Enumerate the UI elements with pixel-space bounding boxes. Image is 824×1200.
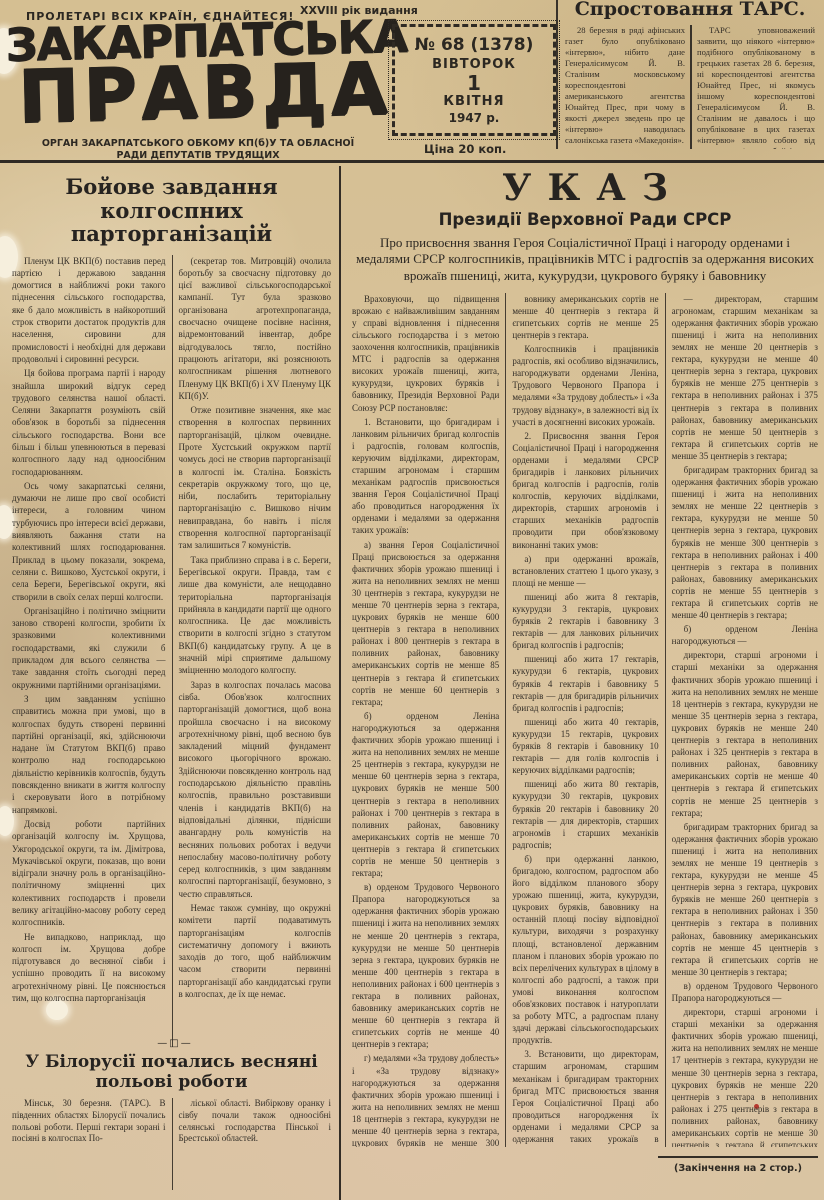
article-editorial-title: Бойове завдання колгоспних парторганізац… <box>6 168 337 255</box>
article-belarus-body: Мінськ, 30 березня. (ТАРС). В південних … <box>6 1098 337 1190</box>
article-tars-title: Спростовання ТАРС. <box>560 0 820 20</box>
paragraph: бригадирам тракторних бригад за одержанн… <box>672 821 818 978</box>
paragraph: а) при одержанні врожаїв, встановлених с… <box>512 553 658 589</box>
paragraph: Ця бойова програма партії і народу знайш… <box>12 367 166 478</box>
paragraph: Колгоспників і працівників радгоспів, як… <box>512 343 658 428</box>
paragraph: (секретар тов. Митровцій) очолила бороть… <box>179 255 332 403</box>
paragraph: пшениці або жита 8 гектарів, кукурудзи 3… <box>512 591 658 651</box>
paragraph: пшениці або жита 17 гектарів, кукурудзи … <box>512 653 658 713</box>
paragraph: б) орденом Леніна нагороджуються за одер… <box>352 710 499 879</box>
paragraph: бригадирам тракторних бригад за одержанн… <box>672 464 818 621</box>
issue-weekday: ВІВТОРОК <box>432 57 516 72</box>
article-ukaz-issuer: Президії Верховної Ради СРСР <box>346 210 824 229</box>
paragraph: Не випадково, наприклад, що колгосп ім. … <box>12 931 166 1005</box>
article-ukaz-col1: Враховуючи, що підвищення врожаю є найва… <box>346 293 505 1147</box>
article-editorial-body: Пленум ЦК ВКП(б) поставив перед партією … <box>6 255 337 1047</box>
continuation-note: (Закінчення на 2 стор.) <box>658 1156 818 1174</box>
paragraph: ТАРС уповноважений заявити, що ніякого «… <box>697 25 815 149</box>
paragraph: — директорам, старшим агрономам, старшим… <box>672 293 818 462</box>
paragraph: в) орденом Трудового Червоного Прапора н… <box>672 980 818 1004</box>
paragraph: 28 березня в ряді афінських газет було о… <box>565 25 685 146</box>
paragraph: г) медалями «За трудову доблесть» і «За … <box>352 1052 499 1146</box>
article-editorial: Бойове завдання колгоспних парторганізац… <box>6 168 337 1047</box>
article-editorial-col1: Пленум ЦК ВКП(б) поставив перед партією … <box>6 255 172 1047</box>
edition-year: XXVIII рік видання <box>300 4 418 17</box>
issue-year: 1947 р. <box>449 111 500 125</box>
paragraph: Зараз в колгоспах почалась масова сівба.… <box>179 679 332 900</box>
newspaper-page: ПРОЛЕТАРІ ВСІХ КРАЇН, ЄДНАЙТЕСЯ! ЗАКАРПА… <box>0 0 824 1200</box>
paragraph: Немає також сумніву, що окружні комітети… <box>179 902 332 1000</box>
article-tars-col2: ТАРС уповноважений заявити, що ніякого «… <box>690 25 820 149</box>
article-tars-col1: 28 березня в ряді афінських газет було о… <box>560 25 690 149</box>
paragraph: Мінськ, 30 березня. (ТАРС). В південних … <box>12 1098 166 1145</box>
paragraph: в) орденом Трудового Червоного Прапора н… <box>352 881 499 1050</box>
article-ukaz-body: Враховуючи, що підвищення врожаю є найва… <box>346 293 824 1147</box>
column-separator-rule <box>339 166 341 1200</box>
paragraph: Така приблизно справа і в с. Береги, Бер… <box>179 554 332 677</box>
article-tars-refutation: Спростовання ТАРС. 28 березня в ряді афі… <box>556 0 820 149</box>
paragraph: ліської області. Вибіркову оранку і сівб… <box>179 1098 332 1145</box>
article-ukaz-col2: вовнику американських сортів не менше 40… <box>505 293 664 1147</box>
paragraph: 2. Присвоєння звання Героя Соціалістично… <box>512 430 658 551</box>
paragraph: директори, старші агрономи і старші меха… <box>672 1006 818 1147</box>
paragraph: 3. Встановити, що директорам, старшим аг… <box>512 1048 658 1146</box>
article-belarus-col1: Мінськ, 30 березня. (ТАРС). В південних … <box>6 1098 172 1190</box>
masthead-organ-line: ОРГАН ЗАКАРПАТСЬКОГО ОБКОМУ КП(б)У ТА ОБ… <box>30 138 366 162</box>
issue-number: № 68 (1378) <box>415 35 534 55</box>
paragraph: Ось чому закарпатські селяни, думаючи не… <box>12 480 166 603</box>
paragraph: пшениці або жита 40 гектарів, кукурудзи … <box>512 716 658 776</box>
article-belarus-title: У Білорусії почались весняні польові роб… <box>6 1050 337 1098</box>
paragraph: 1. Встановити, що бригадирам і ланковим … <box>352 416 499 537</box>
paragraph: Організаційно і політично зміцнити занов… <box>12 605 166 691</box>
section-divider: —□— <box>140 1038 210 1049</box>
issue-month: КВІТНЯ <box>443 94 504 109</box>
issue-day: 1 <box>467 74 481 92</box>
masthead-title-line2: ПРАВДА <box>6 55 403 130</box>
paragraph: Отже позитивне значення, яке має створен… <box>179 404 332 552</box>
masthead-rule <box>0 160 824 163</box>
article-ukaz-col3: — директорам, старшим агрономам, старшим… <box>665 293 824 1147</box>
article-ukaz-title: УКАЗ <box>346 170 824 208</box>
issue-date-box: № 68 (1378) ВІВТОРОК 1 КВІТНЯ 1947 р. <box>392 24 556 136</box>
paragraph: Враховуючи, що підвищення врожаю є найва… <box>352 293 499 414</box>
paragraph: пшениці або жита 80 гектарів, кукурудзи … <box>512 778 658 851</box>
article-editorial-col2: (секретар тов. Митровцій) очолила бороть… <box>172 255 338 1047</box>
paragraph: б) орденом Леніна нагороджуються — <box>672 623 818 647</box>
paragraph: З цим завданням успішно справитись можна… <box>12 693 166 816</box>
article-tars-body: 28 березня в ряді афінських газет було о… <box>560 25 820 149</box>
article-belarus-col2: ліської області. Вибіркову оранку і сівб… <box>172 1098 338 1190</box>
paragraph: Пленум ЦК ВКП(б) поставив перед партією … <box>12 255 166 366</box>
article-ukaz: УКАЗ Президії Верховної Ради СРСР Про пр… <box>346 166 824 1147</box>
article-ukaz-lede: Про присвоєння звання Героя Соціалістичн… <box>354 235 816 285</box>
paragraph: а) звання Героя Соціалістичної Праці при… <box>352 539 499 708</box>
masthead-title: ЗАКАРПАТСЬКА ПРАВДА <box>5 14 403 130</box>
paragraph: Досвід роботи партійних організацій колг… <box>12 818 166 929</box>
paragraph: директори, старші агрономи і старші меха… <box>672 649 818 818</box>
paragraph: вовнику американських сортів не менше 40… <box>512 293 658 341</box>
price-label: Ціна 20 коп. <box>424 142 506 156</box>
paragraph: б) при одержанні ланкою, бригадою, колго… <box>512 853 658 1047</box>
article-belarus: У Білорусії почались весняні польові роб… <box>6 1050 337 1190</box>
